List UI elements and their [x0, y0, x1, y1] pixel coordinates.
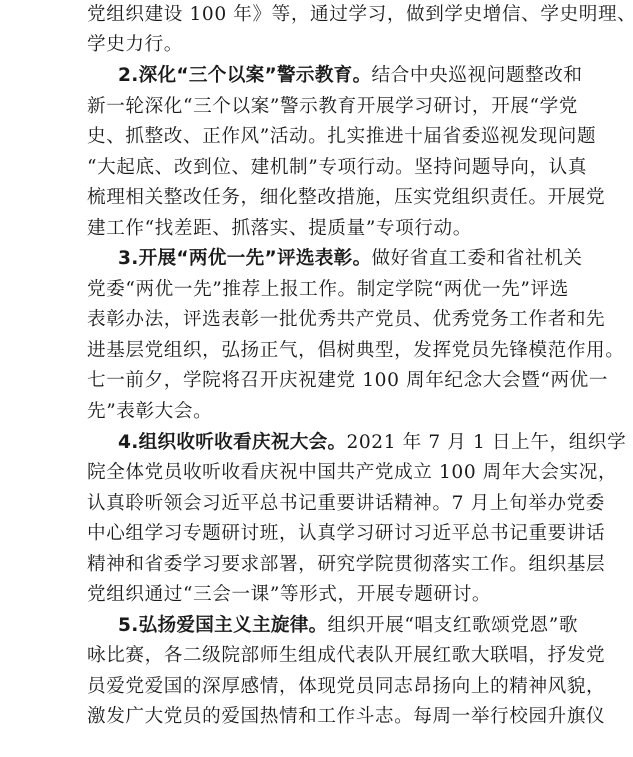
text-line: 表彰办法，评选表彰一批优秀共产党员、优秀党务工作者和先 [87, 305, 557, 335]
section-heading-2: 2.深化“三个以案”警示教育。 [118, 65, 371, 86]
text-run: 2021 年 7 月 1 日上午，组织学 [346, 432, 626, 453]
text-line: “大起底、改到位、建机制”专项行动。坚持问题导向，认真 [87, 153, 557, 183]
section-4-line: 4.组织收听收看庆祝大会。2021 年 7 月 1 日上午，组织学 [118, 428, 558, 458]
section-3-line: 3.开展“两优一先”评选表彰。做好省直工委和省社机关 [118, 244, 558, 274]
text-line: 建工作“找差距、抓落实、提质量”专项行动。 [87, 214, 557, 244]
section-2-line: 2.深化“三个以案”警示教育。结合中央巡视问题整改和 [118, 61, 558, 91]
document-page: 党组织建设 100 年》等，通过学习，做到学史增信、学史明理、 学史力行。 2.… [0, 0, 633, 757]
text-line: 七一前夕，学院将召开庆祝建党 100 周年纪念大会暨“两优一 [87, 366, 557, 396]
text-line: 激发广大党员的爱国热情和工作斗志。每周一举行校园升旗仪 [87, 702, 557, 732]
text-line: 中心组学习专题研讨班，认真学习研讨习近平总书记重要讲话 [87, 519, 557, 549]
text-run: 结合中央巡视问题整改和 [371, 65, 582, 86]
section-heading-4: 4.组织收听收看庆祝大会。 [118, 432, 346, 453]
text-line: 党组织建设 100 年》等，通过学习，做到学史增信、学史明理、 [87, 0, 557, 30]
text-line: 进基层党组织，弘扬正气，倡树典型，发挥党员先锋模范作用。 [87, 336, 557, 366]
section-heading-3: 3.开展“两优一先”评选表彰。 [118, 248, 371, 269]
text-line: 学史力行。 [87, 30, 557, 60]
text-line: 咏比赛，各二级院部师生组成代表队开展红歌大联唱，抒发党 [87, 641, 557, 671]
text-run: 组织开展“唱支红歌颂党恩”歌 [328, 615, 579, 636]
text-run: 做好省直工委和省社机关 [371, 248, 582, 269]
section-5-line: 5.弘扬爱国主义主旋律。组织开展“唱支红歌颂党恩”歌 [118, 611, 558, 641]
text-line: 员爱党爱国的深厚感情，体现党员同志昂扬向上的精神风貌， [87, 672, 557, 702]
text-line: 院全体党员收听收看庆祝中国共产党成立 100 周年大会实况， [87, 458, 557, 488]
text-line: 史、抓整改、正作风”活动。扎实推进十届省委巡视发现问题 [87, 122, 557, 152]
section-heading-5: 5.弘扬爱国主义主旋律。 [118, 615, 328, 636]
text-line: 认真聆听领会习近平总书记重要讲话精神。7 月上旬举办党委 [87, 489, 557, 519]
text-line: 精神和省委学习要求部署，研究学院贯彻落实工作。组织基层 [87, 550, 557, 580]
text-line: 新一轮深化“三个以案”警示教育开展学习研讨，开展“学党 [87, 92, 557, 122]
text-line: 梳理相关整改任务，细化整改措施，压实党组织责任。开展党 [87, 183, 557, 213]
text-line: 党委“两优一先”推荐上报工作。制定学院“两优一先”评选 [87, 275, 557, 305]
text-line: 先”表彰大会。 [87, 397, 557, 427]
text-line: 党组织通过“三会一课”等形式，开展专题研讨。 [87, 580, 557, 610]
